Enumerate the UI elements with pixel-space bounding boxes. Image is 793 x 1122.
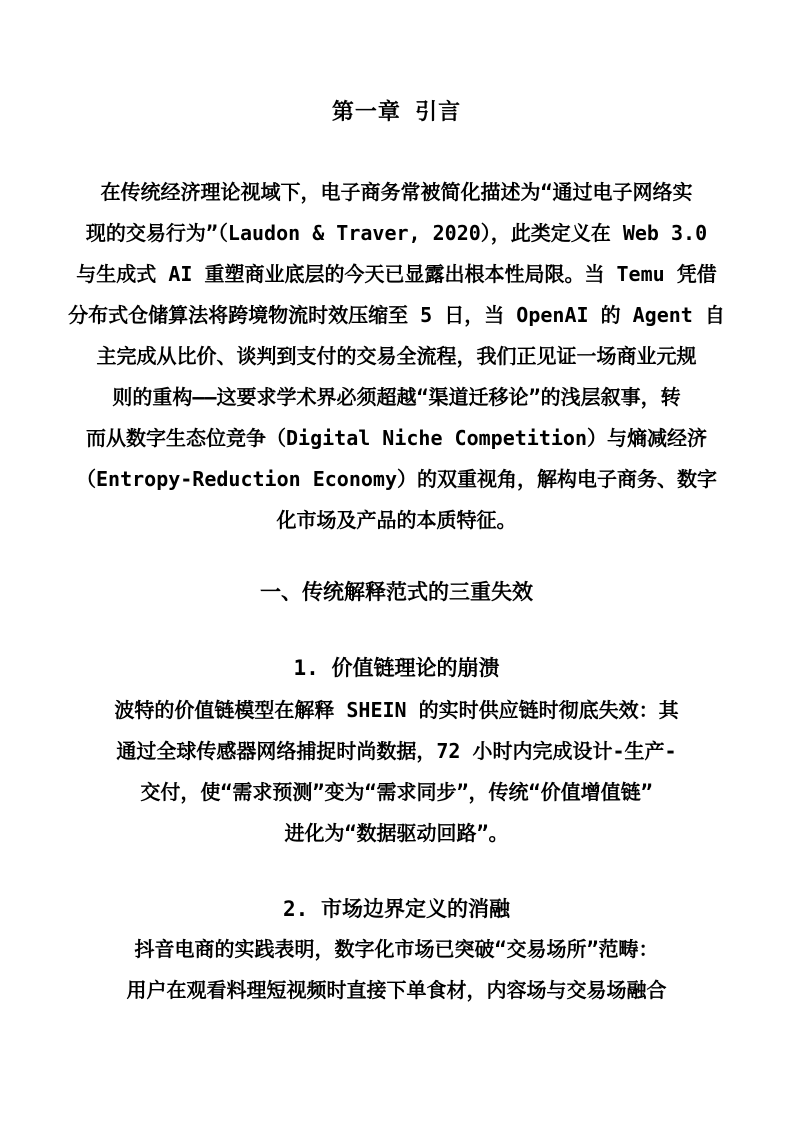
subsection-1-paragraph: 波特的价值链模型在解释 SHEIN 的实时供应链时彻底失效：其 通过全球传感器网… <box>48 690 745 854</box>
subsection-1-heading: 1. 价值链理论的崩溃 <box>48 653 745 683</box>
document-page: 第一章 引言 在传统经济理论视域下，电子商务常被简化描述为“通过电子网络实 现的… <box>0 0 793 1122</box>
subsection-2-paragraph: 抖音电商的实践表明，数字化市场已突破“交易场所”范畴： 用户在观看料理短视频时直… <box>48 929 745 1011</box>
subsection-2-heading: 2. 市场边界定义的消融 <box>48 894 745 924</box>
section-heading: 一、传统解释范式的三重失效 <box>48 577 745 607</box>
intro-paragraph: 在传统经济理论视域下，电子商务常被简化描述为“通过电子网络实 现的交易行为”（L… <box>48 172 745 541</box>
chapter-title: 第一章 引言 <box>48 97 745 129</box>
